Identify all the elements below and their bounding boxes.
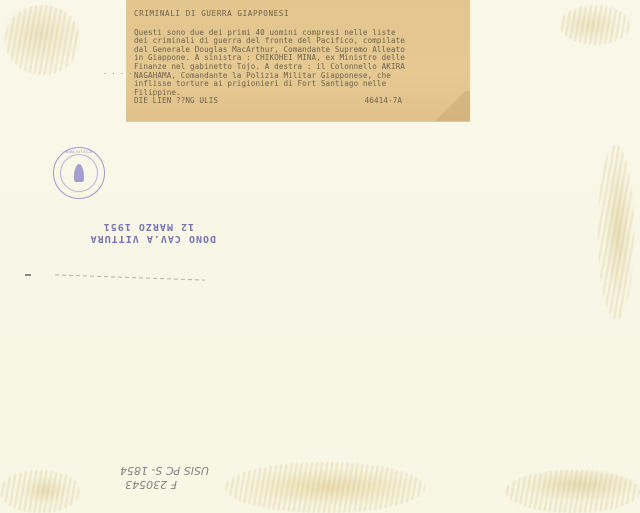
caption-title: CRIMINALI DI GUERRA GIAPPONESI: [134, 10, 462, 19]
dotted-leader: . . . .: [103, 68, 133, 76]
stain-top-right: [560, 5, 630, 45]
pencil-annotation-line-2: F 230543: [90, 477, 215, 491]
caption-line: inflisse torture ai prigionieri di Fort …: [134, 80, 462, 89]
stain-bottom-right: [505, 470, 640, 513]
donation-stamp-line-2: 12 MARZO 1951: [46, 220, 216, 232]
caption-credit: DIE LIEN ??NG ULIS: [134, 97, 218, 106]
typed-caption: CRIMINALI DI GUERRA GIAPPONESI Questi so…: [134, 10, 462, 106]
stain-bottom-left: [0, 470, 80, 513]
caption-reference-number: 46414-7A: [365, 97, 402, 106]
stain-top-left: [5, 5, 80, 75]
pencil-tick-mark: [25, 274, 31, 276]
library-stamp: · BIBLIOTECA · · · · · ·: [53, 147, 105, 199]
stain-right-edge: [598, 145, 634, 320]
caption-label: CRIMINALI DI GUERRA GIAPPONESI Questi so…: [126, 0, 470, 121]
pencil-annotation: F 230543 USIS PC S- 1854: [90, 463, 215, 491]
donation-stamp: DONO CAV.A VITTURA 12 MARZO 1951: [46, 220, 216, 244]
mitre-icon: [74, 164, 84, 182]
stamp-ring-text-top: · BIBLIOTECA ·: [54, 150, 104, 154]
stamp-ring-text-bottom: · · · · ·: [54, 191, 104, 195]
donation-stamp-line-1: DONO CAV.A VITTURA: [46, 232, 216, 244]
pencil-annotation-line-1: USIS PC S- 1854: [90, 463, 215, 477]
caption-footer: DIE LIEN ??NG ULIS 46414-7A: [134, 97, 462, 106]
stain-bottom-center: [225, 462, 425, 513]
